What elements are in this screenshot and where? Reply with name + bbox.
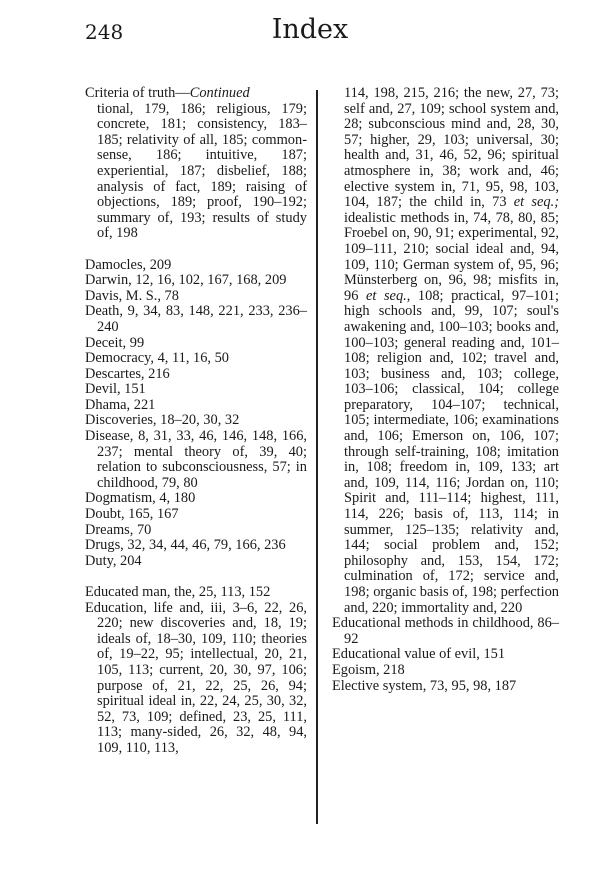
entry-heading: Criteria of truth— (85, 85, 190, 101)
index-entry: Doubt, 165, 167 (85, 507, 307, 523)
index-entry: Dogmatism, 4, 180 (85, 491, 307, 507)
index-entry: Educational methods in childhood, 86–92 (332, 616, 559, 647)
index-entry: Egoism, 218 (332, 663, 559, 679)
index-entry: Disease, 8, 31, 33, 46, 146, 148, 166, 2… (85, 429, 307, 491)
section-gap (85, 569, 307, 585)
index-entry: Deceit, 99 (85, 336, 307, 352)
index-entry-continued-text: tional, 179, 186; religious, 179; concre… (85, 102, 307, 242)
index-entry: Drugs, 32, 34, 44, 46, 79, 166, 236 (85, 538, 307, 554)
index-entry: Discoveries, 18–20, 30, 32 (85, 413, 307, 429)
index-entry-continued-text: 114, 198, 215, 216; the new, 27, 73; sel… (332, 86, 559, 616)
index-entry: Descartes, 216 (85, 367, 307, 383)
column-divider (316, 90, 318, 824)
index-entry: Educational value of evil, 151 (332, 647, 559, 663)
index-entry: Darwin, 12, 16, 102, 167, 168, 209 (85, 273, 307, 289)
section-gap (85, 242, 307, 258)
index-entry: Damocles, 209 (85, 258, 307, 274)
index-column-right: 114, 198, 215, 216; the new, 27, 73; sel… (332, 86, 559, 694)
index-entry: Dreams, 70 (85, 523, 307, 539)
page-title: Index (0, 14, 600, 45)
index-entry: Dhama, 221 (85, 398, 307, 414)
entry-text: , 108; practical, 97–101; high schools a… (344, 288, 559, 616)
index-column-left: Criteria of truth—Continued tional, 179,… (85, 86, 307, 757)
index-entry: Devil, 151 (85, 382, 307, 398)
index-entry: Educated man, the, 25, 113, 152 (85, 585, 307, 601)
index-entry: Democracy, 4, 11, 16, 50 (85, 351, 307, 367)
index-entry: Death, 9, 34, 83, 148, 221, 233, 236–240 (85, 304, 307, 335)
et-seq-label: et seq.; (514, 194, 559, 210)
continued-label: Continued (190, 85, 250, 101)
index-entry: Elective system, 73, 95, 98, 187 (332, 679, 559, 695)
index-entry-continued: Criteria of truth—Continued (85, 86, 307, 102)
et-seq-label: et seq. (366, 288, 407, 304)
index-entry: Davis, M. S., 78 (85, 289, 307, 305)
index-entry: Duty, 204 (85, 554, 307, 570)
entry-text: 114, 198, 215, 216; the new, 27, 73; sel… (344, 85, 559, 210)
index-entry: Education, life and, iii, 3–6, 22, 26, 2… (85, 601, 307, 757)
